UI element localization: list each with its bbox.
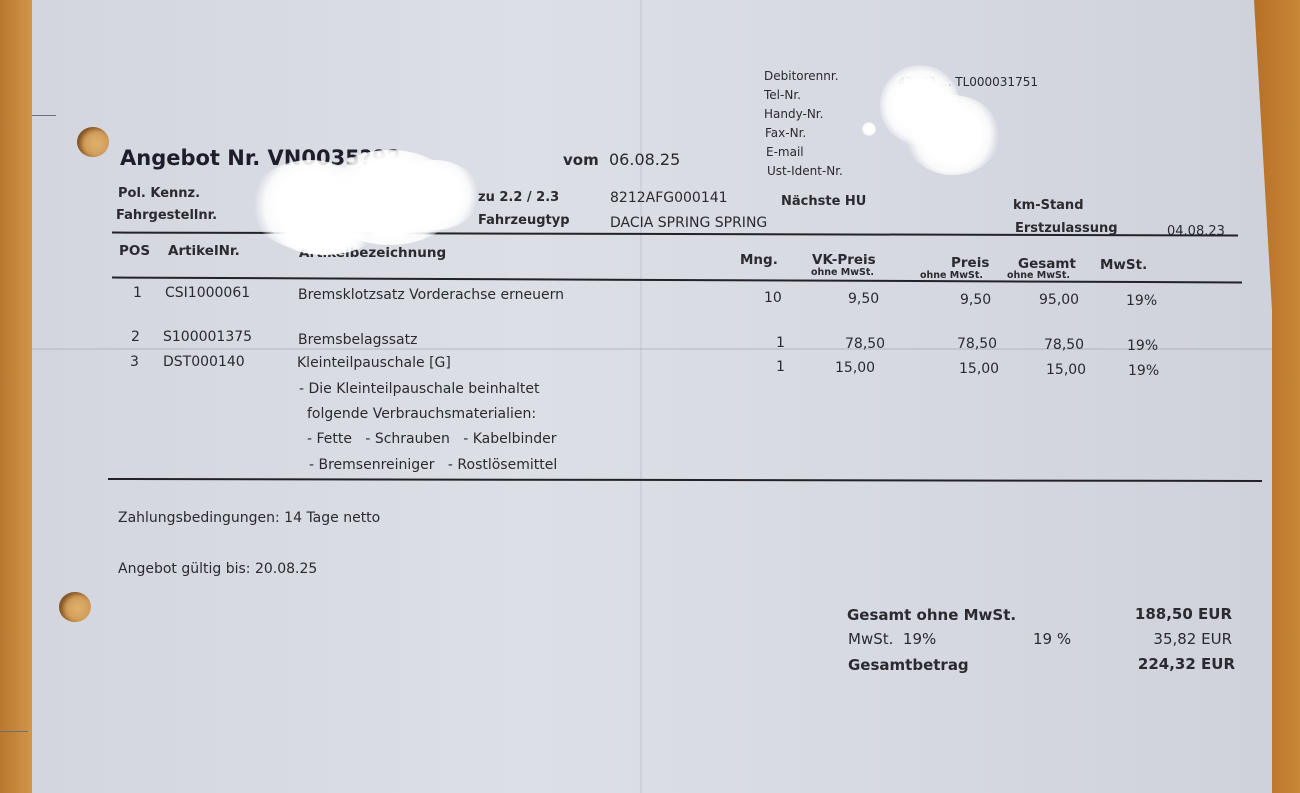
row-mwst: 19% — [1127, 338, 1158, 354]
note-line: - Bremsenreiniger - Rostlösemittel — [309, 457, 557, 473]
row-mng: 10 — [764, 290, 782, 306]
email-label: E-mail — [766, 145, 804, 159]
desk-background-left — [0, 0, 36, 793]
paper-fold-horizontal — [32, 348, 1272, 350]
row-gesamt: 95,00 — [1039, 292, 1079, 308]
row-gesamt: 15,00 — [1046, 362, 1086, 378]
paper-fold-vertical — [640, 0, 642, 793]
fax-label: Fax-Nr. — [765, 126, 806, 140]
gross-total-label: Gesamtbetrag — [848, 656, 969, 674]
row-mng: 1 — [776, 335, 785, 351]
fahrzeugtyp-label: Fahrzeugtyp — [478, 213, 570, 228]
net-total-value: 188,50 EUR — [1080, 605, 1232, 623]
col-mwst: MwSt. — [1100, 257, 1147, 273]
tel-label: Tel-Nr. — [764, 88, 801, 102]
gross-total-value: 224,32 EUR — [1080, 655, 1235, 673]
row-gesamt: 78,50 — [1044, 337, 1084, 353]
row-preis: 78,50 — [957, 336, 997, 352]
paper-sheet — [32, 0, 1272, 793]
note-line: folgende Verbrauchsmaterialien: — [307, 406, 536, 422]
net-total-label: Gesamt ohne MwSt. — [847, 606, 1016, 624]
col-artikelnr: ArtikelNr. — [168, 243, 240, 259]
row-vk-preis: 15,00 — [835, 360, 875, 376]
punch-hole-bottom — [59, 592, 91, 622]
debitor-label: Debitorennr. — [764, 69, 839, 83]
row-mng: 1 — [776, 359, 785, 375]
col-pos: POS — [119, 243, 150, 259]
fold-mark-bottom — [0, 731, 28, 732]
col-vk-preis: VK-Preis — [812, 252, 876, 268]
row-preis: 15,00 — [959, 361, 999, 377]
row-mwst: 19% — [1126, 293, 1157, 309]
zu-value: 8212AFG000141 — [610, 190, 728, 206]
row-mwst: 19% — [1128, 363, 1159, 379]
note-line: - Die Kleinteilpauschale beinhaltet — [299, 381, 540, 397]
pol-kennz-label: Pol. Kennz. — [118, 186, 200, 201]
payment-terms: Zahlungsbedingungen: 14 Tage netto — [118, 510, 380, 526]
row-pos: 1 — [133, 285, 142, 301]
vat-rate: 19 % — [1033, 630, 1071, 648]
row-artikelnr: DST000140 — [163, 354, 245, 370]
erstzulassung-value: 04.08.23 — [1167, 224, 1225, 239]
fold-mark-top — [32, 115, 56, 116]
handy-label: Handy-Nr. — [764, 107, 823, 121]
note-line: - Fette - Schrauben - Kabelbinder — [307, 431, 557, 447]
offer-validity: Angebot gültig bis: 20.08.25 — [118, 561, 317, 577]
row-vk-preis: 78,50 — [845, 336, 885, 352]
col-preis: Preis — [951, 255, 989, 271]
row-pos: 3 — [130, 354, 139, 370]
date-label: vom — [563, 151, 599, 169]
fahrgestell-label: Fahrgestellnr. — [116, 208, 217, 223]
vat-label: MwSt. 19% — [848, 630, 936, 648]
row-bezeichnung: Bremsbelagssatz — [298, 332, 417, 348]
row-bezeichnung: Bremsklotzsatz Vorderachse erneuern — [298, 287, 564, 303]
row-bezeichnung: Kleinteilpauschale [G] — [297, 355, 451, 371]
offer-date: 06.08.25 — [609, 150, 680, 169]
punch-hole-top — [77, 127, 109, 157]
row-preis: 9,50 — [960, 292, 991, 308]
vat-value: 35,82 EUR — [1080, 630, 1232, 648]
row-pos: 2 — [131, 329, 140, 345]
col-vk-preis-sub: ohne MwSt. — [811, 267, 874, 278]
row-artikelnr: S100001375 — [163, 329, 252, 345]
row-artikelnr: CSI1000061 — [165, 285, 250, 301]
offer-title-label: Angebot Nr. — [120, 146, 260, 170]
row-vk-preis: 9,50 — [848, 291, 879, 307]
col-gesamt-sub: ohne MwSt. — [1007, 270, 1070, 281]
km-stand-label: km-Stand — [1013, 198, 1084, 213]
naechste-hu-label: Nächste HU — [781, 194, 866, 209]
zu-label: zu 2.2 / 2.3 — [478, 190, 559, 205]
fahrzeugtyp-value: DACIA SPRING SPRING — [610, 215, 767, 231]
col-mng: Mng. — [740, 252, 778, 268]
ust-ident-label: Ust-Ident-Nr. — [767, 164, 843, 178]
